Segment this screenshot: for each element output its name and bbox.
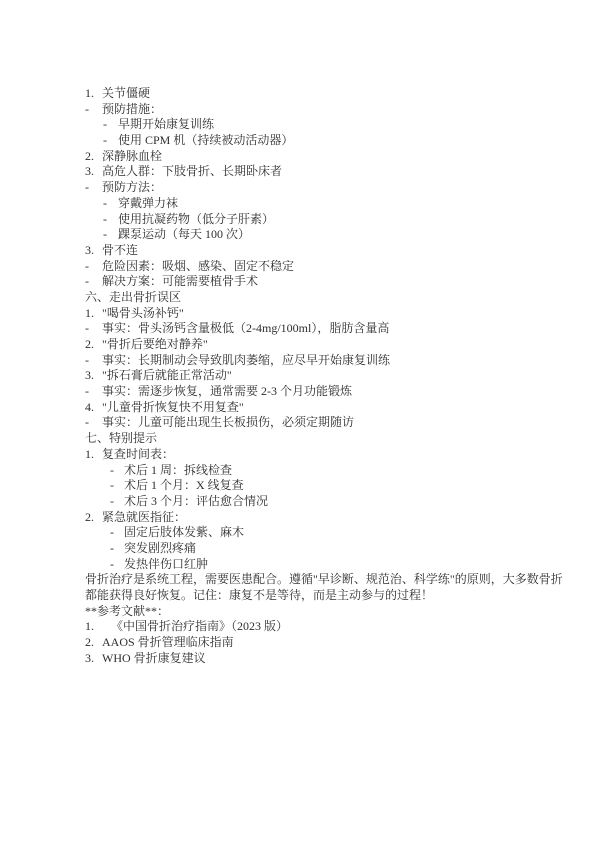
line-text: 术后 3 个月：评估愈合情况	[124, 494, 268, 508]
list-marker: -	[85, 274, 102, 290]
list-marker: -	[85, 384, 102, 400]
list-marker: 1.	[85, 306, 102, 322]
line-text: 复查时间表：	[102, 447, 174, 461]
line-text: 骨不连	[102, 243, 138, 257]
line-text: 深静脉血栓	[102, 149, 162, 163]
line-text: 关节僵硬	[102, 86, 150, 100]
line-text: 高危人群：下肢骨折、长期卧床者	[102, 164, 282, 178]
line-text: 紧急就医指征：	[102, 510, 186, 524]
list-marker: -	[110, 525, 124, 541]
list-marker: -	[103, 133, 118, 149]
list-marker: 2.	[85, 510, 102, 526]
document-line: 3.高危人群：下肢骨折、长期卧床者	[85, 164, 555, 180]
document-line: -危险因素：吸烟、感染、固定不稳定	[85, 259, 555, 275]
list-marker: 2.	[85, 149, 102, 165]
list-marker: -	[103, 196, 118, 212]
line-text: 预防方法：	[102, 180, 162, 194]
line-text: 七、特别提示	[85, 431, 157, 445]
document-line: -事实：骨头汤钙含量极低（2-4mg/100ml），脂肪含量高	[85, 321, 555, 337]
list-marker: -	[85, 180, 102, 196]
line-text: 突发剧烈疼痛	[124, 541, 196, 555]
document-line: -事实：儿童可能出现生长板损伤，必须定期随访	[85, 415, 555, 431]
line-text: 事实：儿童可能出现生长板损伤，必须定期随访	[102, 415, 354, 429]
line-text: 危险因素：吸烟、感染、固定不稳定	[102, 259, 294, 273]
document-line: 1."喝骨头汤补钙"	[85, 306, 555, 322]
document-line: **参考文献**：	[85, 604, 555, 620]
line-text: 术后 1 周：拆线检查	[124, 463, 232, 477]
document-line: 六、走出骨折误区	[85, 290, 555, 306]
line-text: 使用 CPM 机（持续被动活动器）	[118, 133, 293, 147]
list-marker: 2.	[85, 635, 102, 651]
document-line: 4."儿童骨折恢复快不用复查"	[85, 400, 555, 416]
list-marker: -	[103, 117, 118, 133]
list-marker: -	[110, 494, 124, 510]
list-marker: 3.	[85, 368, 102, 384]
line-text: 都能获得良好恢复。记住：康复不是等待，而是主动参与的过程！	[85, 588, 433, 602]
list-marker: -	[110, 541, 124, 557]
document-line: -解决方案：可能需要植骨手术	[85, 274, 555, 290]
list-marker: 4.	[85, 400, 102, 416]
line-text: 事实：长期制动会导致肌肉萎缩，应尽早开始康复训练	[102, 353, 390, 367]
document-line: -突发剧烈疼痛	[110, 541, 555, 557]
document-line: -固定后肢体发紫、麻木	[110, 525, 555, 541]
document-line: 2.深静脉血栓	[85, 149, 555, 165]
list-marker: 3.	[85, 651, 102, 667]
line-text: 骨折治疗是系统工程，需要医患配合。遵循"早诊断、规范治、科学练"的原则，大多数骨…	[85, 572, 563, 586]
list-marker: 1.	[85, 447, 102, 463]
document-line: 2."骨折后要绝对静养"	[85, 337, 555, 353]
document-line: 3."拆石膏后就能正常活动"	[85, 368, 555, 384]
document-line: -事实：需逐步恢复，通常需要 2-3 个月功能锻炼	[85, 384, 555, 400]
list-marker: 3.	[85, 164, 102, 180]
list-marker: -	[110, 557, 124, 573]
line-text: 使用抗凝药物（低分子肝素）	[118, 212, 274, 226]
document-line: 1.《中国骨折治疗指南》（2023 版）	[85, 619, 555, 635]
document-line: -使用抗凝药物（低分子肝素）	[103, 212, 555, 228]
document-line: -术后 1 周：拆线检查	[110, 463, 555, 479]
document-line: -事实：长期制动会导致肌肉萎缩，应尽早开始康复训练	[85, 353, 555, 369]
document-line: 骨折治疗是系统工程，需要医患配合。遵循"早诊断、规范治、科学练"的原则，大多数骨…	[85, 572, 555, 588]
document-line: 2.AAOS 骨折管理临床指南	[85, 635, 555, 651]
line-text: 预防措施：	[102, 102, 162, 116]
line-text: "儿童骨折恢复快不用复查"	[102, 400, 244, 414]
list-marker: -	[103, 227, 118, 243]
line-text: 早期开始康复训练	[118, 117, 214, 131]
document-line: 七、特别提示	[85, 431, 555, 447]
list-marker: 1.	[85, 619, 111, 635]
document-line: 3.WHO 骨折康复建议	[85, 651, 555, 667]
line-text: 踝泵运动（每天 100 次）	[118, 227, 250, 241]
list-marker: -	[85, 353, 102, 369]
document-line: -预防措施：	[85, 102, 555, 118]
list-marker: 1.	[85, 86, 102, 102]
list-marker: -	[85, 102, 102, 118]
list-marker: -	[85, 321, 102, 337]
document-line: -发热伴伤口红肿	[110, 557, 555, 573]
document-line: 3.骨不连	[85, 243, 555, 259]
line-text: "骨折后要绝对静养"	[102, 337, 208, 351]
list-marker: -	[110, 478, 124, 494]
line-text: **参考文献**：	[85, 604, 169, 618]
line-text: "喝骨头汤补钙"	[102, 306, 184, 320]
document-line: -术后 1 个月：X 线复查	[110, 478, 555, 494]
line-text: AAOS 骨折管理临床指南	[102, 635, 234, 649]
line-text: 发热伴伤口红肿	[124, 557, 208, 571]
line-text: 事实：骨头汤钙含量极低（2-4mg/100ml），脂肪含量高	[102, 321, 389, 335]
line-text: 六、走出骨折误区	[85, 290, 181, 304]
document-line: -预防方法：	[85, 180, 555, 196]
document-line: 都能获得良好恢复。记住：康复不是等待，而是主动参与的过程！	[85, 588, 555, 604]
line-text: 解决方案：可能需要植骨手术	[102, 274, 258, 288]
line-text: "拆石膏后就能正常活动"	[102, 368, 232, 382]
document-line: -踝泵运动（每天 100 次）	[103, 227, 555, 243]
document-line: 2.紧急就医指征：	[85, 510, 555, 526]
document-line: 1.复查时间表：	[85, 447, 555, 463]
list-marker: 2.	[85, 337, 102, 353]
line-text: 《中国骨折治疗指南》（2023 版）	[111, 619, 288, 633]
document-line: -术后 3 个月：评估愈合情况	[110, 494, 555, 510]
list-marker: -	[103, 212, 118, 228]
line-text: 术后 1 个月：X 线复查	[124, 478, 244, 492]
document-line: -穿戴弹力袜	[103, 196, 555, 212]
document-line: -使用 CPM 机（持续被动活动器）	[103, 133, 555, 149]
line-text: WHO 骨折康复建议	[102, 651, 206, 665]
list-marker: -	[85, 259, 102, 275]
document-line: 1.关节僵硬	[85, 86, 555, 102]
line-text: 穿戴弹力袜	[118, 196, 178, 210]
line-text: 固定后肢体发紫、麻木	[124, 525, 244, 539]
list-marker: -	[110, 463, 124, 479]
list-marker: 3.	[85, 243, 102, 259]
list-marker: -	[85, 415, 102, 431]
document-content: 1.关节僵硬-预防措施：-早期开始康复训练-使用 CPM 机（持续被动活动器）2…	[85, 86, 555, 666]
document-page: 1.关节僵硬-预防措施：-早期开始康复训练-使用 CPM 机（持续被动活动器）2…	[0, 0, 595, 841]
line-text: 事实：需逐步恢复，通常需要 2-3 个月功能锻炼	[102, 384, 352, 398]
document-line: -早期开始康复训练	[103, 117, 555, 133]
